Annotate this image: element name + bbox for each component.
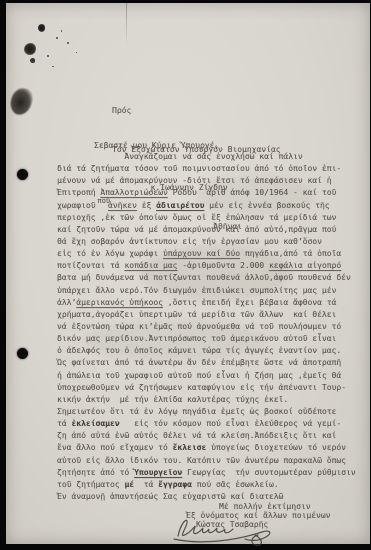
punch-hole	[17, 169, 28, 180]
body-line: Ἐν ἀναμονῇ ἀπαντήσεώς Σας εὐχαριστῶ καί …	[57, 491, 357, 503]
ink-speck	[67, 42, 69, 44]
body-line: ὑποχρεωθοῦμεν νά ζητήσωμεν καταφύγιον εἰ…	[57, 382, 357, 394]
punch-hole	[17, 348, 28, 359]
body-line: ἀλλ’ἀμερικανός ὑπήκοος ,ὅστις ἐπειδή ἔχε…	[57, 297, 357, 309]
body-line: ζητήσητε ἀπό τό Ὑπουργεῖον Γεωργίας τήν …	[57, 467, 357, 479]
body-line: ὁ ἀδελφός του ὁ ὁποῖος κάμνει τώρα τίς ἀ…	[57, 345, 357, 357]
body-line: περιοχῆς ,ἐκ τῶν ὁποίων ὅμως οἱ ἕξ ἐπώλη…	[57, 212, 357, 224]
ink-speck	[61, 30, 62, 32]
body-line: βατα μή δυνάμενα νά ποτίζωνται πουθενά ἀ…	[57, 272, 357, 284]
ink-speck	[47, 55, 49, 57]
body-line: ποτίζονται τά κοπάδια μας -ἀριθμοῦντα 2.…	[57, 260, 357, 272]
body-line: Σημειωτέον ὅτι τά ἐν λόγῳ πηγάδια ἐμεῖς …	[57, 406, 357, 418]
signature	[170, 514, 278, 548]
body-line: Ὡς φαίνεται ἀπό τά ἀνωτέρω ἄν δέν ἐπέμβη…	[57, 357, 357, 369]
ink-speck	[76, 52, 77, 53]
body-line: καί ζητοῦν τώρα νά μέ ἀπομακρύνουν καί ἀ…	[57, 224, 357, 236]
scanned-letter-page: Πρός Τόν Ἐξοχώτατον Ὑπουργόν Βιομηχανίας…	[0, 0, 371, 550]
body-line: εἰς τό ἐν λόγω χωράφι ὑπάρχουν καί δύο π…	[57, 248, 357, 260]
body-line: χωραφιοῦ ποῦἀνῆκεν ἐξ ἀδιαιρέτου μέν εἰς…	[57, 200, 357, 212]
body-line: τά ἐκλείσαμεν εἰς τόν κόσμον πού εἶναι ἐ…	[57, 418, 357, 430]
body-line: μένουν νά μέ ἀπομακρύνουν -διότι ἔτσι τό…	[57, 175, 357, 187]
body-line: θά ἔχη σοβαρόν ἀντίκτυπον εἰς τήν ἐργασί…	[57, 236, 357, 248]
body-line: διά τά ζητήματα τόσον τοῦ ποιμνιοστασίου…	[57, 163, 357, 175]
body-line: ἕνα ἄλλο πού εἴχαμεν τό ἔκλεισε ὑπογείως…	[57, 442, 357, 454]
body-line: νά ἐξοντώση τώρα κι’ἐμᾶς πού ἀρνούμεθα ν…	[57, 321, 357, 333]
ink-stain	[38, 24, 45, 32]
body-line: κικήν ἀκτήν μέ τήν ἐλπίδα καλυτέρας τύχη…	[57, 394, 357, 406]
paper-crease	[126, 3, 127, 47]
ink-stain	[30, 58, 35, 63]
body-line: δικόν μας μερίδιον.Ἀντιπρόσωπος τοῦ ἀμερ…	[57, 333, 357, 345]
body-line: Ἀναγκάζομαι νά σᾶς ἐνοχλήσω καί πάλιν	[57, 151, 357, 163]
ink-speck	[56, 37, 58, 39]
ink-speck	[52, 66, 54, 67]
body-line: ζη ἀπό αὐτά ἐνῶ αὐτός θέλει νά τά κλείση…	[57, 430, 357, 442]
body-line: ἡ ἀπώλεια τοῦ χωραφιοῦ αὐτοῦ πού εἶναι ἡ…	[57, 370, 357, 382]
body-line: τοῦ ζητήματος μέ τά ἔγγραφα πού σᾶς ἐσωκ…	[57, 479, 357, 491]
body-line: χρήματα,ἀγοράζει ὑπερτιμῶν τά μερίδια τῶ…	[57, 309, 357, 321]
body-lines: Ἀναγκάζομαι νά σᾶς ἐνοχλήσω καί πάλινδιά…	[57, 151, 357, 503]
ink-stain	[24, 43, 36, 55]
recipient-line: Πρός	[112, 105, 281, 118]
body-line: αὐτοῦ εἰς ἄλλο ἰδικόν του. Κατόπιν τῶν ἀ…	[57, 455, 357, 467]
body-line: ὑπάρχει ἄλλο νερό.Τόν διωγμόν ἐπιδιώκει …	[57, 285, 357, 297]
